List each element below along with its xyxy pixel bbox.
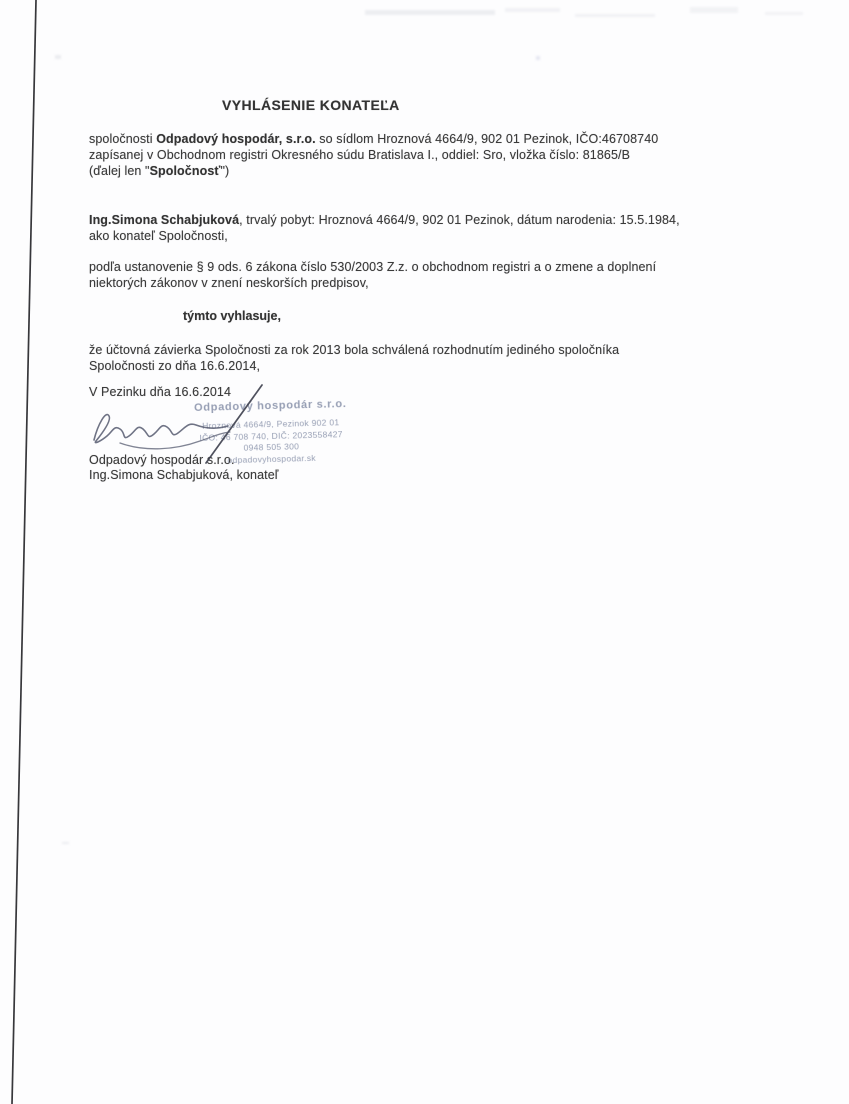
manager-line1: Ing.Simona Schabjuková, trvalý pobyt: Hr…: [89, 212, 769, 228]
paragraph-manager: Ing.Simona Schabjuková, trvalý pobyt: Hr…: [89, 212, 769, 244]
paragraph-statement: že účtovná závierka Spoločnosti za rok 2…: [89, 342, 769, 374]
scanned-document-page: VYHLÁSENIE KONATEĽA spoločnosti Odpadový…: [0, 0, 849, 1104]
signature-company-line: Odpadový hospodár s.r.o.: [89, 452, 769, 468]
scan-smudge-artifact: [365, 10, 495, 15]
stamp-company-name: Odpadový hospodár s.r.o.: [177, 398, 363, 415]
company-shortname-bold: Spoločnosť: [150, 164, 221, 178]
stamp-address: Hroznová 4664/9, Pezinok 902 01: [178, 417, 364, 433]
handwritten-signature-flourish: [120, 432, 230, 449]
company-intro-line2: zapísanej v Obchodnom registri Okresného…: [89, 147, 769, 163]
scan-edge-line-artifact: [12, 0, 36, 1104]
company-intro-line1: spoločnosti Odpadový hospodár, s.r.o. so…: [89, 131, 769, 147]
place-date-line: V Pezinku dňa 16.6.2014: [89, 384, 769, 400]
scan-speck-artifact: [536, 56, 540, 60]
handwritten-signature: [94, 415, 228, 443]
declaration-heading: týmto vyhlasuje,: [183, 309, 281, 323]
company-intro-line3: (ďalej len "Spoločnosť"): [89, 163, 769, 179]
signature-name-role-line: Ing.Simona Schabjuková, konateľ: [89, 467, 769, 483]
company-name-bold: Odpadový hospodár, s.r.o.: [156, 132, 315, 146]
scan-speck-artifact: [62, 842, 69, 844]
scan-smudge-artifact: [575, 14, 655, 17]
scan-smudge-artifact: [505, 8, 560, 12]
legal-line2: niektorých zákonov v znení neskorších pr…: [89, 275, 769, 291]
paragraph-legal-basis: podľa ustanovenie § 9 ods. 6 zákona čísl…: [89, 259, 769, 291]
scan-smudge-artifact: [765, 12, 803, 15]
scan-smudge-artifact: [690, 7, 738, 13]
statement-line1: že účtovná závierka Spoločnosti za rok 2…: [89, 342, 769, 358]
legal-line1: podľa ustanovenie § 9 ods. 6 zákona čísl…: [89, 259, 769, 275]
scan-speck-artifact: [55, 55, 61, 59]
stamp-ico-dic: IČO: 46 708 740, DIČ: 2023558427: [178, 428, 364, 444]
statement-line2: Spoločnosti zo dňa 16.6.2014,: [89, 358, 769, 374]
document-title: VYHLÁSENIE KONATEĽA: [222, 97, 400, 113]
manager-name-bold: Ing.Simona Schabjuková: [89, 213, 239, 227]
paragraph-company-intro: spoločnosti Odpadový hospodár, s.r.o. so…: [89, 131, 769, 179]
manager-line2: ako konateľ Spoločnosti,: [89, 228, 769, 244]
